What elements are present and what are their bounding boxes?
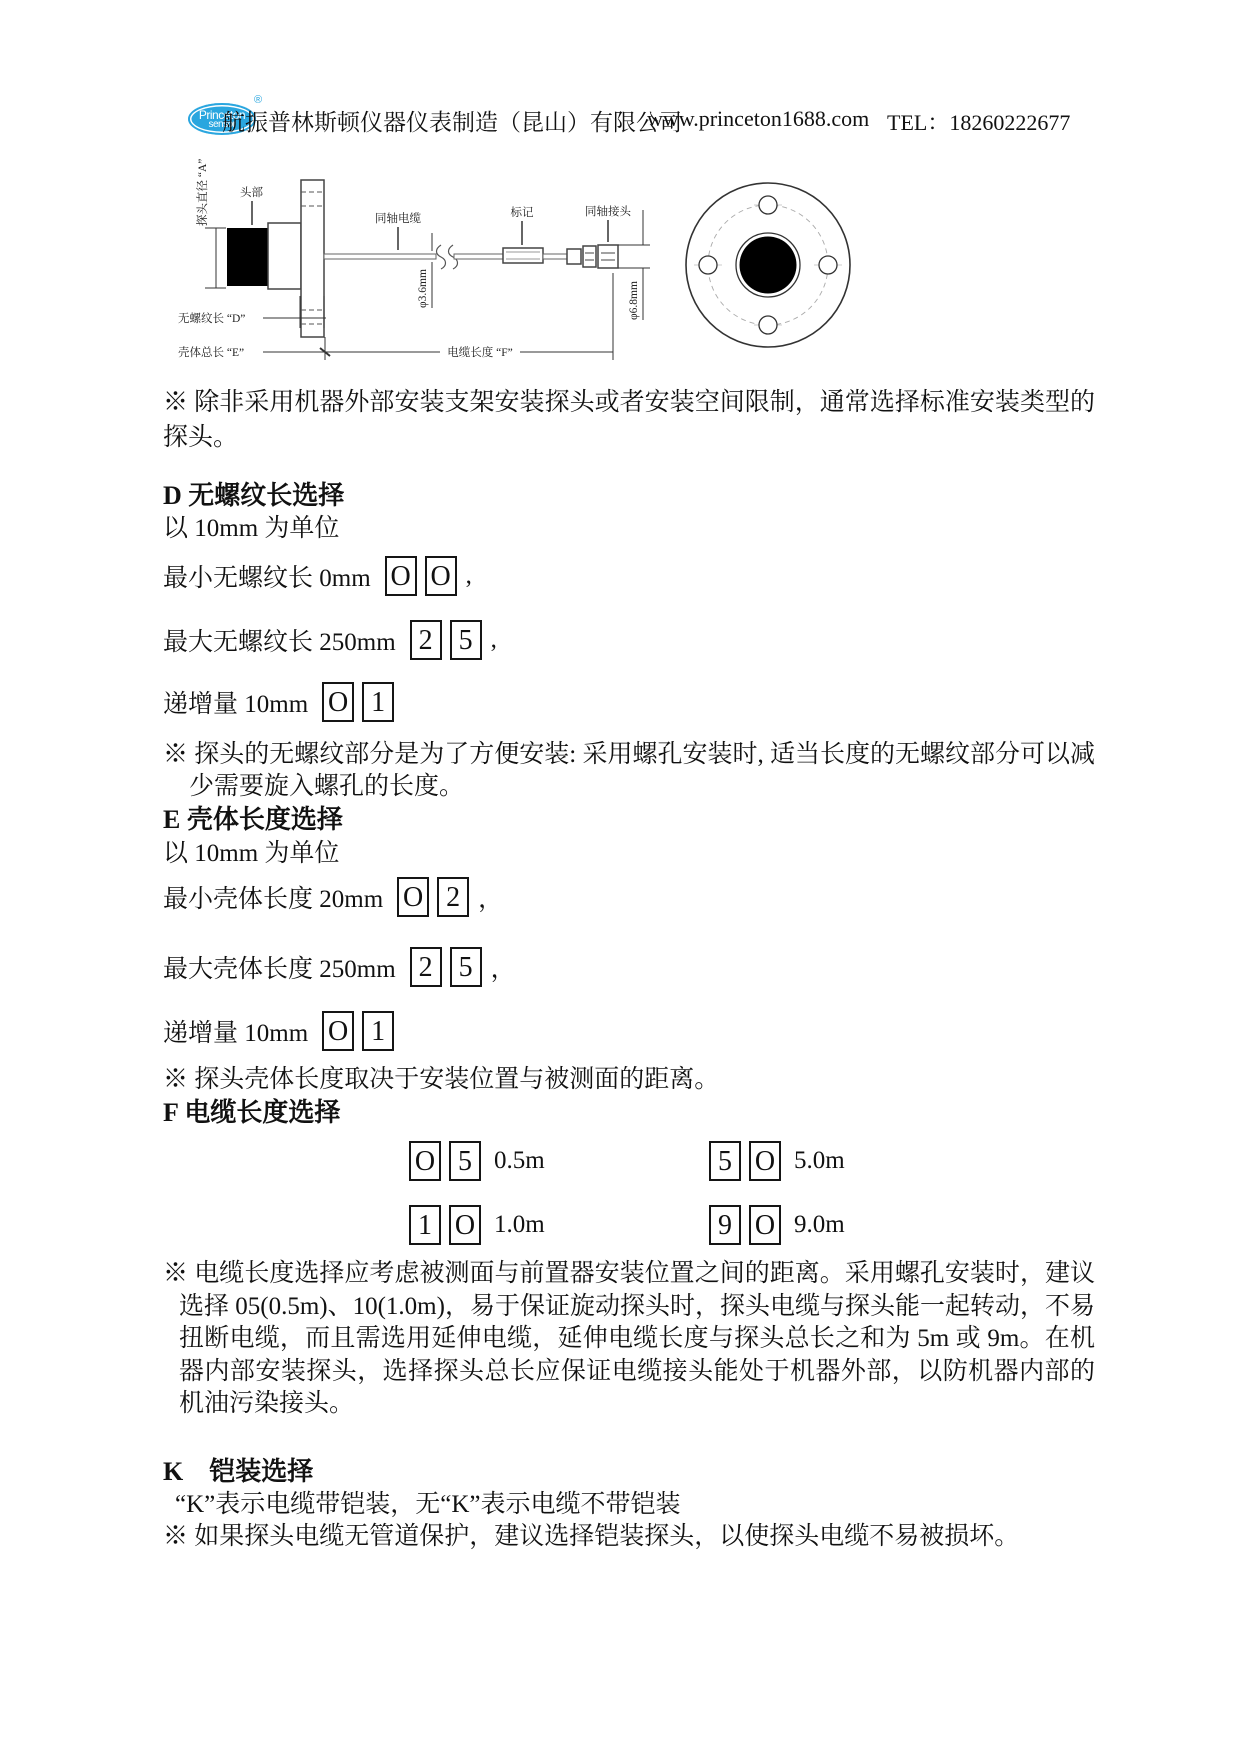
code-box: 2 [410,947,442,987]
code-box: 2 [410,620,442,660]
head-label: 头部 [240,185,263,199]
cable-segment [324,254,436,259]
code-box: O [322,682,354,722]
flange-side-shape [301,180,324,337]
code-box: O [425,556,457,596]
website-url: www.princeton1688.com [647,106,869,132]
cable-option-label: 1.0m [494,1211,545,1239]
probe-body-shape [268,223,301,289]
section-e-title: E 壳体长度选择 [163,805,1095,835]
code-box: O [322,1011,354,1051]
section-d-unit: 以 10mm 为单位 [163,513,1095,545]
option-suffix: ， [478,879,503,915]
option-row-d-max: 最大无螺纹长 250mm 2 5 , [163,619,1095,661]
code-box: O [749,1141,781,1181]
document-body: ※ 除非采用机器外部安装支架安装探头或者安装空间限制，通常选择标准安装类型的探头… [163,385,1095,1553]
option-label: 最小壳体长度 20mm [163,879,383,915]
code-box: 1 [362,1011,394,1051]
coax-cable-label: 同轴电缆 [375,211,421,225]
marker-sleeve-shape [503,248,543,263]
section-f-note: ※ 电缆长度选择应考虑被测面与前置器安装位置之间的距离。采用螺孔安装时，建议选择… [163,1258,1095,1421]
section-d-title: D 无螺纹长选择 [163,481,1095,511]
company-name: 航振普林斯顿仪器仪表制造（昆山）有限公司 [222,104,682,137]
section-k-title: K 铠装选择 [163,1457,1095,1487]
option-label: 最大无螺纹长 250mm [163,622,396,658]
section-e-note: ※ 探头壳体长度取决于安装位置与被测面的距离。 [163,1064,1095,1096]
code-box: 5 [450,620,482,660]
connector-diameter-label: φ6.8mm [628,281,640,320]
code-box: O [749,1205,781,1245]
option-suffix: , [466,562,472,590]
document-page: Princeton sensor ® 航振普林斯顿仪器仪表制造（昆山）有限公司 … [0,0,1241,1754]
option-row-d-step: 递增量 10mm O 1 [163,681,1095,723]
probe-technical-diagram: 探头直径 “A” 头部 同轴电缆 [160,148,1110,368]
section-f-title: F 电缆长度选择 [163,1098,1095,1128]
code-box: 1 [362,682,394,722]
option-label: 最大壳体长度 250mm [163,949,396,985]
connector-part [598,245,618,268]
option-row-e-max: 最大壳体长度 250mm 2 5 ， [163,946,1095,988]
code-box: 5 [709,1141,741,1181]
telephone: TEL：18260222677 [887,106,1070,137]
page-header: Princeton sensor ® 航振普林斯顿仪器仪表制造（昆山）有限公司 … [160,84,1150,148]
connector-part [567,249,581,264]
cable-option-90: 9 O 9.0m [705,1204,1005,1246]
cable-option-label: 9.0m [794,1211,845,1239]
code-box: 2 [437,877,469,917]
option-label: 最小无螺纹长 0mm [163,558,371,594]
bolt-hole [759,316,777,334]
option-row-e-min: 最小壳体长度 20mm O 2 ， [163,876,1095,918]
cable-option-label: 0.5m [494,1147,545,1175]
cable-option-05: O 5 0.5m [405,1140,705,1182]
cable-option-50: 5 O 5.0m [705,1140,1005,1182]
section-k-note: ※ 如果探头电缆无管道保护，建议选择铠装探头，以使探头电缆不易被损坏。 [163,1521,1095,1553]
code-box: 9 [709,1205,741,1245]
option-suffix: , [491,626,497,654]
intro-note: ※ 除非采用机器外部安装支架安装探头或者安装空间限制，通常选择标准安装类型的探头… [163,385,1095,455]
cable-option-10: 1 O 1.0m [405,1204,705,1246]
cable-length-options: O 5 0.5m 5 O 5.0m 1 O 1.0m 9 O 9.0m [405,1140,1095,1246]
mark-label: 标记 [511,205,534,219]
code-box: 5 [449,1141,481,1181]
case-length-label: 壳体总长 “E” [178,345,244,359]
option-label: 递增量 10mm [163,1013,308,1049]
cable-segment [454,254,503,259]
connector-part [583,246,596,267]
section-d-note: ※ 探头的无螺纹部分是为了方便安装: 采用螺孔安装时, 适当长度的无螺纹部分可以… [163,739,1095,803]
cable-break-icon [437,245,446,269]
bolt-hole [699,256,717,274]
bolt-hole [759,196,777,214]
option-suffix: ， [491,949,516,985]
code-box: 1 [409,1205,441,1245]
cable-option-label: 5.0m [794,1147,845,1175]
probe-face [740,237,797,294]
section-k-desc: “K”表示电缆带铠装，无“K”表示电缆不带铠装 [163,1489,1095,1521]
bolt-hole [819,256,837,274]
probe-diameter-label: 探头直径 “A” [195,159,209,226]
cable-diameter-label: φ3.6mm [417,269,429,308]
code-box: O [385,556,417,596]
unthreaded-length-label: 无螺纹长 “D” [178,311,245,325]
cable-segment [543,254,567,259]
probe-head-shape [227,228,268,286]
cable-length-label: 电缆长度 “F” [447,345,512,359]
code-box: O [449,1205,481,1245]
code-box: O [409,1141,441,1181]
coax-connector-label: 同轴接头 [585,204,631,218]
option-label: 递增量 10mm [163,684,308,720]
code-box: O [397,877,429,917]
flange-front-view [686,183,850,347]
code-box: 5 [450,947,482,987]
option-row-d-min: 最小无螺纹长 0mm O O , [163,555,1095,597]
option-row-e-step: 递增量 10mm O 1 [163,1010,1095,1052]
section-e-unit: 以 10mm 为单位 [163,838,1095,870]
